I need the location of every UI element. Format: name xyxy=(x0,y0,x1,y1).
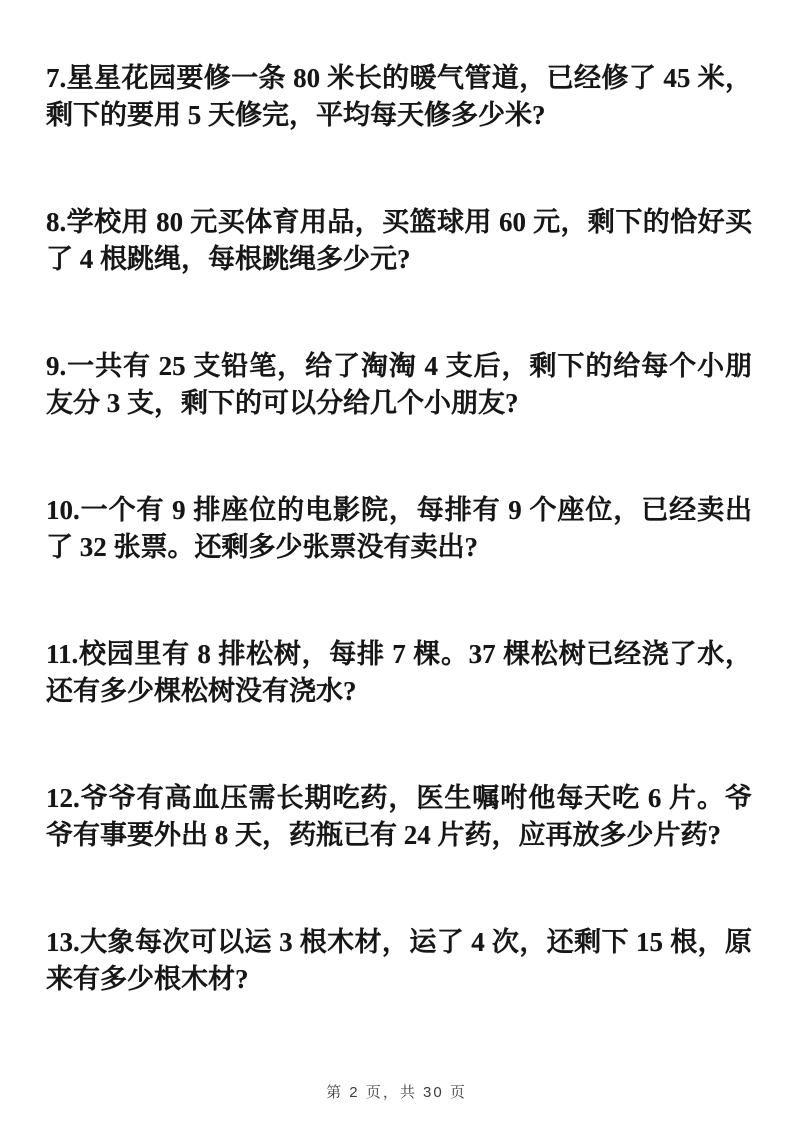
question-11: 11.校园里有 8 排松树，每排 7 棵。37 棵松树已经浇了水，还有多少棵松树… xyxy=(46,636,752,710)
question-text: 爷爷有高血压需长期吃药，医生嘱咐他每天吃 6 片。爷爷有事要外出 8 天，药瓶已… xyxy=(46,783,752,850)
question-number: 9. xyxy=(46,351,66,381)
question-10: 10.一个有 9 排座位的电影院，每排有 9 个座位，已经卖出了 32 张票。还… xyxy=(46,492,752,566)
question-number: 11. xyxy=(46,639,78,669)
question-9: 9.一共有 25 支铅笔，给了淘淘 4 支后，剩下的给每个小朋友分 3 支，剩下… xyxy=(46,348,752,422)
question-text: 学校用 80 元买体育用品，买篮球用 60 元，剩下的恰好买了 4 根跳绳，每根… xyxy=(46,207,752,274)
question-number: 10. xyxy=(46,495,80,525)
question-text: 一共有 25 支铅笔，给了淘淘 4 支后，剩下的给每个小朋友分 3 支，剩下的可… xyxy=(46,351,752,418)
question-number: 12. xyxy=(46,783,80,813)
question-text: 星星花园要修一条 80 米长的暖气管道，已经修了 45 米，剩下的要用 5 天修… xyxy=(46,63,752,130)
question-8: 8.学校用 80 元买体育用品，买篮球用 60 元，剩下的恰好买了 4 根跳绳，… xyxy=(46,204,752,278)
page-indicator-text: 第 2 页，共 30 页 xyxy=(326,1084,467,1101)
question-text: 大象每次可以运 3 根木材，运了 4 次，还剩下 15 根，原来有多少根木材? xyxy=(46,927,752,994)
question-number: 7. xyxy=(46,63,66,93)
question-text: 一个有 9 排座位的电影院，每排有 9 个座位，已经卖出了 32 张票。还剩多少… xyxy=(46,495,752,562)
question-13: 13.大象每次可以运 3 根木材，运了 4 次，还剩下 15 根，原来有多少根木… xyxy=(46,924,752,998)
document-page: 7.星星花园要修一条 80 米长的暖气管道，已经修了 45 米，剩下的要用 5 … xyxy=(0,0,793,1122)
page-number-footer: 第 2 页，共 30 页 xyxy=(0,1081,793,1102)
question-number: 13. xyxy=(46,927,80,957)
question-7: 7.星星花园要修一条 80 米长的暖气管道，已经修了 45 米，剩下的要用 5 … xyxy=(46,60,752,134)
questions-list: 7.星星花园要修一条 80 米长的暖气管道，已经修了 45 米，剩下的要用 5 … xyxy=(46,60,752,998)
question-text: 校园里有 8 排松树，每排 7 棵。37 棵松树已经浇了水，还有多少棵松树没有浇… xyxy=(46,639,752,706)
question-number: 8. xyxy=(46,207,66,237)
question-12: 12.爷爷有高血压需长期吃药，医生嘱咐他每天吃 6 片。爷爷有事要外出 8 天，… xyxy=(46,780,752,854)
